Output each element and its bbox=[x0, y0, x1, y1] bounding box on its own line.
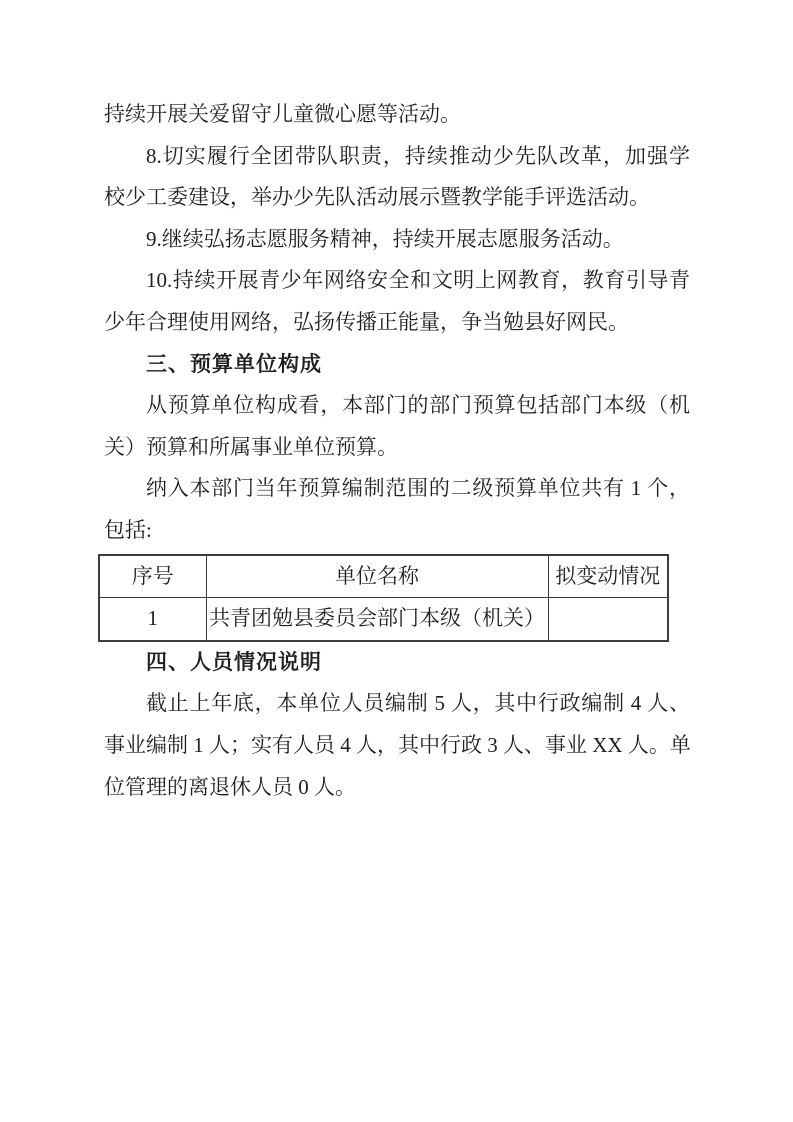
text-line: 纳入本部门当年预算编制范围的二级预算单位共有 1 个， bbox=[104, 468, 690, 510]
text-line: 位管理的离退休人员 0 人。 bbox=[104, 767, 690, 809]
section-heading-budget-units: 三、预算单位构成 bbox=[104, 344, 690, 386]
text-line: 8.切实履行全团带队职责，持续推动少先队改革，加强学 bbox=[104, 136, 690, 178]
text-line: 关）预算和所属事业单位预算。 bbox=[104, 427, 690, 469]
text-line: 校少工委建设，举办少先队活动展示暨教学能手评选活动。 bbox=[104, 177, 690, 219]
text-line: 持续开展关爱留守儿童微心愿等活动。 bbox=[104, 94, 690, 136]
text-line: 从预算单位构成看，本部门的部门预算包括部门本级（机 bbox=[104, 385, 690, 427]
document-page: 持续开展关爱留守儿童微心愿等活动。 8.切实履行全团带队职责，持续推动少先队改革… bbox=[0, 0, 793, 1122]
text-line: 截止上年底，本单位人员编制 5 人，其中行政编制 4 人、 bbox=[104, 683, 690, 725]
table-header-index: 序号 bbox=[99, 555, 206, 598]
table-header-change-plan: 拟变动情况 bbox=[548, 555, 668, 598]
table-cell-unit-name: 共青团勉县委员会部门本级（机关） bbox=[206, 598, 548, 641]
table-cell-index: 1 bbox=[99, 598, 206, 641]
text-line: 包括: bbox=[104, 510, 690, 552]
text-line: 事业编制 1 人；实有人员 4 人，其中行政 3 人、事业 XX 人。单 bbox=[104, 725, 690, 767]
text-line: 9.继续弘扬志愿服务精神，持续开展志愿服务活动。 bbox=[104, 219, 690, 261]
table-cell-change-plan bbox=[548, 598, 668, 641]
table-header-unit-name: 单位名称 bbox=[206, 555, 548, 598]
section-heading-personnel: 四、人员情况说明 bbox=[104, 642, 690, 684]
text-line: 少年合理使用网络，弘扬传播正能量，争当勉县好网民。 bbox=[104, 302, 690, 344]
text-line: 10.持续开展青少年网络安全和文明上网教育，教育引导青 bbox=[104, 260, 690, 302]
table-header-row: 序号 单位名称 拟变动情况 bbox=[99, 555, 668, 598]
budget-units-table: 序号 单位名称 拟变动情况 1 共青团勉县委员会部门本级（机关） bbox=[98, 554, 669, 642]
table-row: 1 共青团勉县委员会部门本级（机关） bbox=[99, 598, 668, 641]
document-content: 持续开展关爱留守儿童微心愿等活动。 8.切实履行全团带队职责，持续推动少先队改革… bbox=[104, 94, 690, 808]
